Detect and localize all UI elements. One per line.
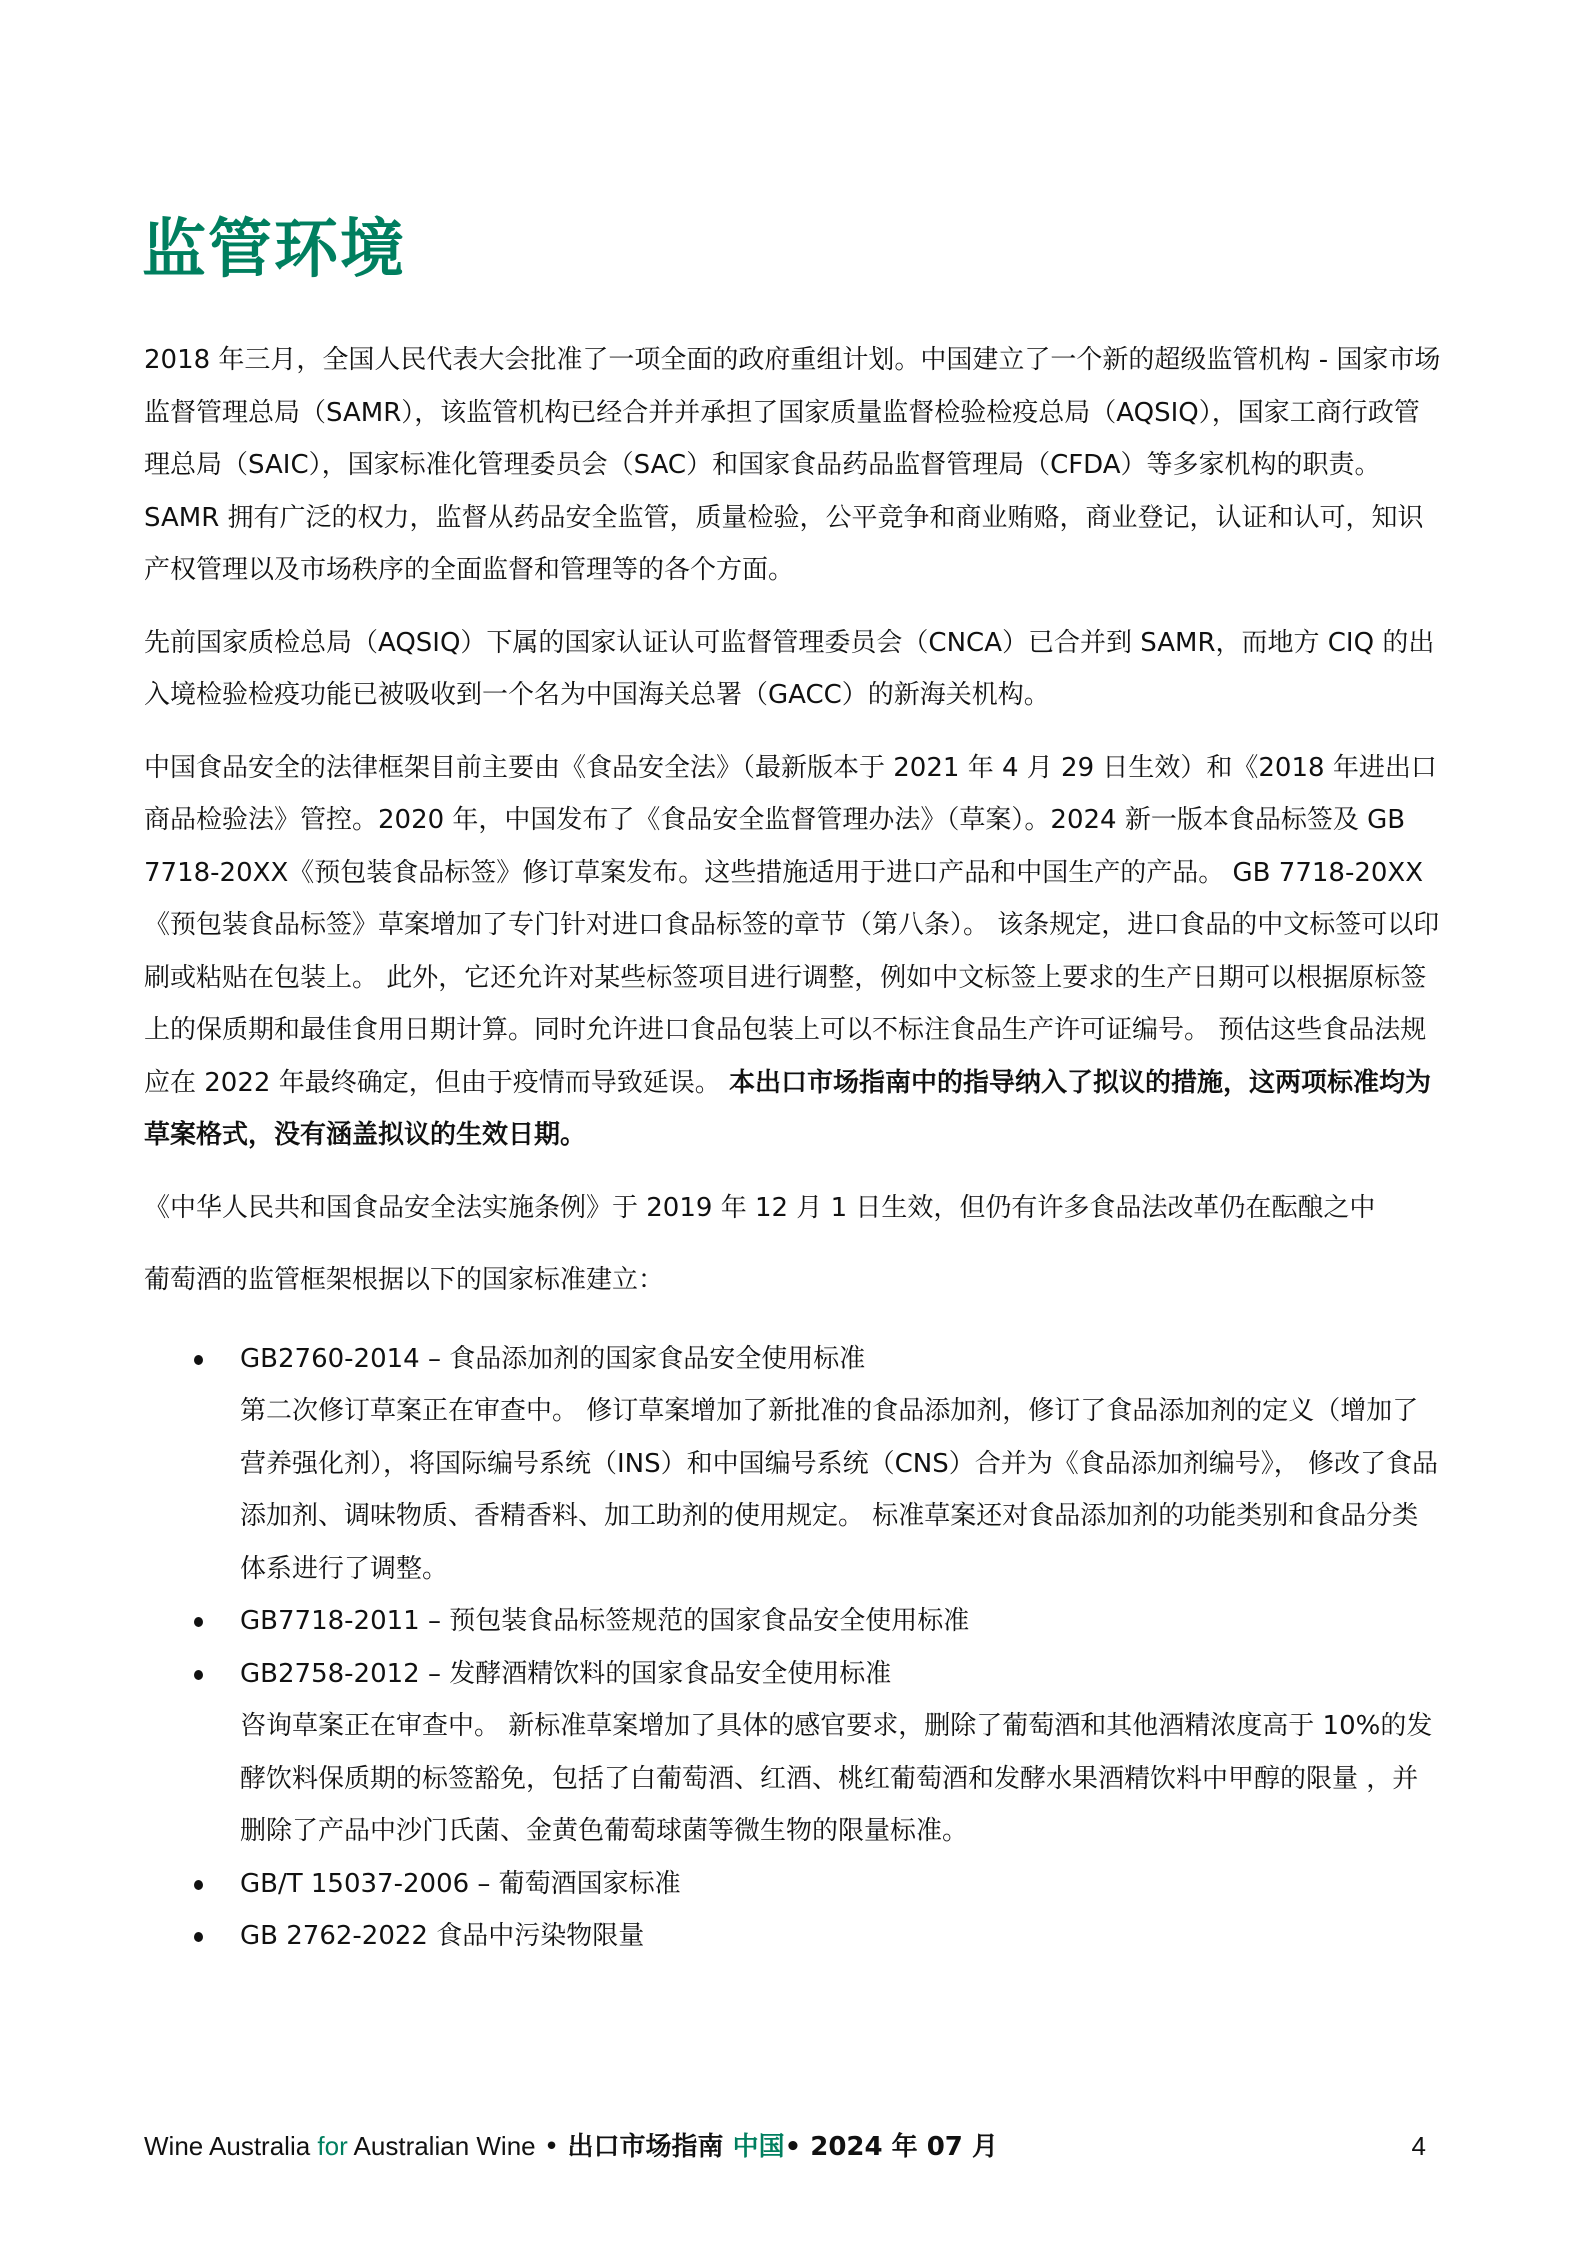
standard-title: GB 2762-2022 食品中污染物限量: [240, 1910, 1444, 1963]
footer-guide-title: 出口市场指南: [568, 2132, 733, 2162]
bullet-icon: [194, 1617, 203, 1627]
page-footer: Wine Australia for Australian Wine • 出口市…: [144, 2128, 1434, 2165]
standard-detail: 咨询草案正在审查中。 新标准草案增加了具体的感官要求，删除了葡萄酒和其他酒精浓度…: [240, 1700, 1444, 1858]
list-item: GB 2762-2022 食品中污染物限量: [144, 1910, 1444, 1963]
list-item: GB/T 15037-2006 – 葡萄酒国家标准: [144, 1858, 1444, 1911]
paragraph-restructuring: 2018 年三月，全国人民代表大会批准了一项全面的政府重组计划。中国建立了一个新…: [144, 334, 1444, 597]
footer-brand: Wine Australia for Australian Wine: [144, 2131, 536, 2161]
paragraph-cnca-merger: 先前国家质检总局（AQSIQ）下属的国家认证认可监督管理委员会（CNCA）已合并…: [144, 617, 1444, 722]
list-item: GB2760-2014 – 食品添加剂的国家食品安全使用标准第二次修订草案正在审…: [144, 1333, 1444, 1596]
bullet-icon: [194, 1932, 203, 1942]
bullet-icon: [194, 1670, 203, 1680]
footer-brand-for: for: [317, 2131, 347, 2161]
standard-title: GB2760-2014 – 食品添加剂的国家食品安全使用标准: [240, 1333, 1444, 1386]
paragraph-implementation-regulations: 《中华人民共和国食品安全法实施条例》于 2019 年 12 月 1 日生效，但仍…: [144, 1182, 1444, 1235]
document-body: 2018 年三月，全国人民代表大会批准了一项全面的政府重组计划。中国建立了一个新…: [144, 334, 1444, 1963]
standard-title: GB7718-2011 – 预包装食品标签规范的国家食品安全使用标准: [240, 1595, 1444, 1648]
footer-brand-part: Wine Australia: [144, 2131, 317, 2161]
standards-list: GB2760-2014 – 食品添加剂的国家食品安全使用标准第二次修订草案正在审…: [144, 1333, 1444, 1963]
list-item: GB2758-2012 – 发酵酒精饮料的国家食品安全使用标准咨询草案正在审查中…: [144, 1648, 1444, 1858]
standard-detail: 第二次修订草案正在审查中。 修订草案增加了新批准的食品添加剂，修订了食品添加剂的…: [240, 1385, 1444, 1595]
footer-separator: •: [536, 2132, 568, 2162]
bullet-icon: [194, 1880, 203, 1890]
page-title: 监管环境: [142, 205, 406, 295]
bullet-icon: [194, 1355, 203, 1365]
list-item: GB7718-2011 – 预包装食品标签规范的国家食品安全使用标准: [144, 1595, 1444, 1648]
paragraph-legal-framework: 中国食品安全的法律框架目前主要由《食品安全法》（最新版本于 2021 年 4 月…: [144, 742, 1444, 1162]
standard-title: GB/T 15037-2006 – 葡萄酒国家标准: [240, 1858, 1444, 1911]
footer-brand-part: Australian Wine: [348, 2131, 536, 2161]
legal-framework-text: 中国食品安全的法律框架目前主要由《食品安全法》（最新版本于 2021 年 4 月…: [144, 753, 1439, 1098]
paragraph-wine-framework-intro: 葡萄酒的监管框架根据以下的国家标准建立：: [144, 1254, 1444, 1307]
footer-country: 中国: [733, 2132, 785, 2162]
page-number: 4: [1412, 2128, 1426, 2164]
standard-title: GB2758-2012 – 发酵酒精饮料的国家食品安全使用标准: [240, 1648, 1444, 1701]
footer-date: • 2024 年 07 月: [785, 2132, 998, 2162]
